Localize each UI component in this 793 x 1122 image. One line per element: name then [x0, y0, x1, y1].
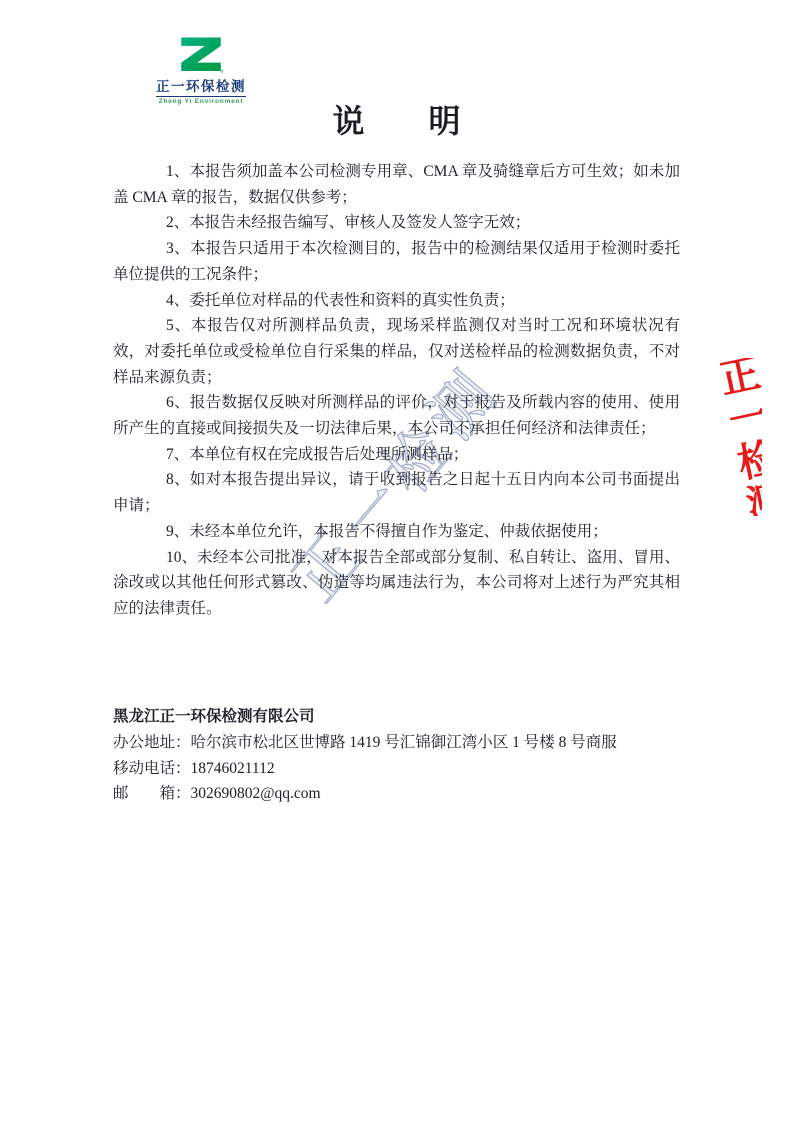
company-email: 邮 箱：302690802@qq.com [113, 781, 680, 807]
notice-item-9: 9、未经本单位允许，本报告不得擅自作为鉴定、仲裁依据使用； [113, 519, 680, 545]
notice-item-5: 5、本报告仅对所测样品负责，现场采样监测仅对当时工况和环境状况有效，对委托单位或… [113, 313, 680, 390]
notice-item-6: 6、报告数据仅反映对所测样品的评价，对于报告及所载内容的使用、使用所产生的直接或… [113, 390, 680, 441]
company-info: 黑龙江正一环保检测有限公司 办公地址：哈尔滨市松北区世博路 1419 号汇锦御江… [113, 704, 680, 807]
logo-name-zh: 正一环保检测 [156, 79, 246, 97]
notice-item-4: 4、委托单位对样品的代表性和资料的真实性负责； [113, 288, 680, 314]
notice-item-3: 3、本报告只适用于本次检测目的，报告中的检测结果仅适用于检测时委托单位提供的工况… [113, 236, 680, 287]
notice-item-2: 2、本报告未经报告编写、审核人及签发人签字无效； [113, 210, 680, 236]
svg-text:®: ® [220, 68, 224, 74]
document-page: ® 正一环保检测 Zheng Yi Environment 说 明 正一检测 正… [0, 0, 793, 1122]
notice-item-10: 10、未经本公司批准，对本报告全部或部分复制、私自转让、盗用、冒用、涂改或以其他… [113, 545, 680, 622]
notice-list: 1、本报告须加盖本公司检测专用章、CMA 章及骑缝章后方可生效；如未加盖 CMA… [113, 159, 680, 622]
notice-item-7: 7、本单位有权在完成报告后处理所测样品； [113, 442, 680, 468]
edge-seal: 正一检测 [720, 358, 762, 516]
company-phone: 移动电话：18746021112 [113, 756, 680, 782]
company-logo-icon: ® [178, 36, 224, 79]
company-name: 黑龙江正一环保检测有限公司 [113, 704, 680, 730]
page-title: 说 明 [0, 96, 793, 142]
notice-item-1: 1、本报告须加盖本公司检测专用章、CMA 章及骑缝章后方可生效；如未加盖 CMA… [113, 159, 680, 210]
company-address: 办公地址：哈尔滨市松北区世博路 1419 号汇锦御江湾小区 1 号楼 8 号商服 [113, 730, 680, 756]
edge-seal-text: 正一检测 [720, 358, 762, 516]
company-logo: ® 正一环保检测 Zheng Yi Environment [146, 36, 256, 105]
notice-item-8: 8、如对本报告提出异议，请于收到报告之日起十五日内向本公司书面提出申请； [113, 467, 680, 518]
